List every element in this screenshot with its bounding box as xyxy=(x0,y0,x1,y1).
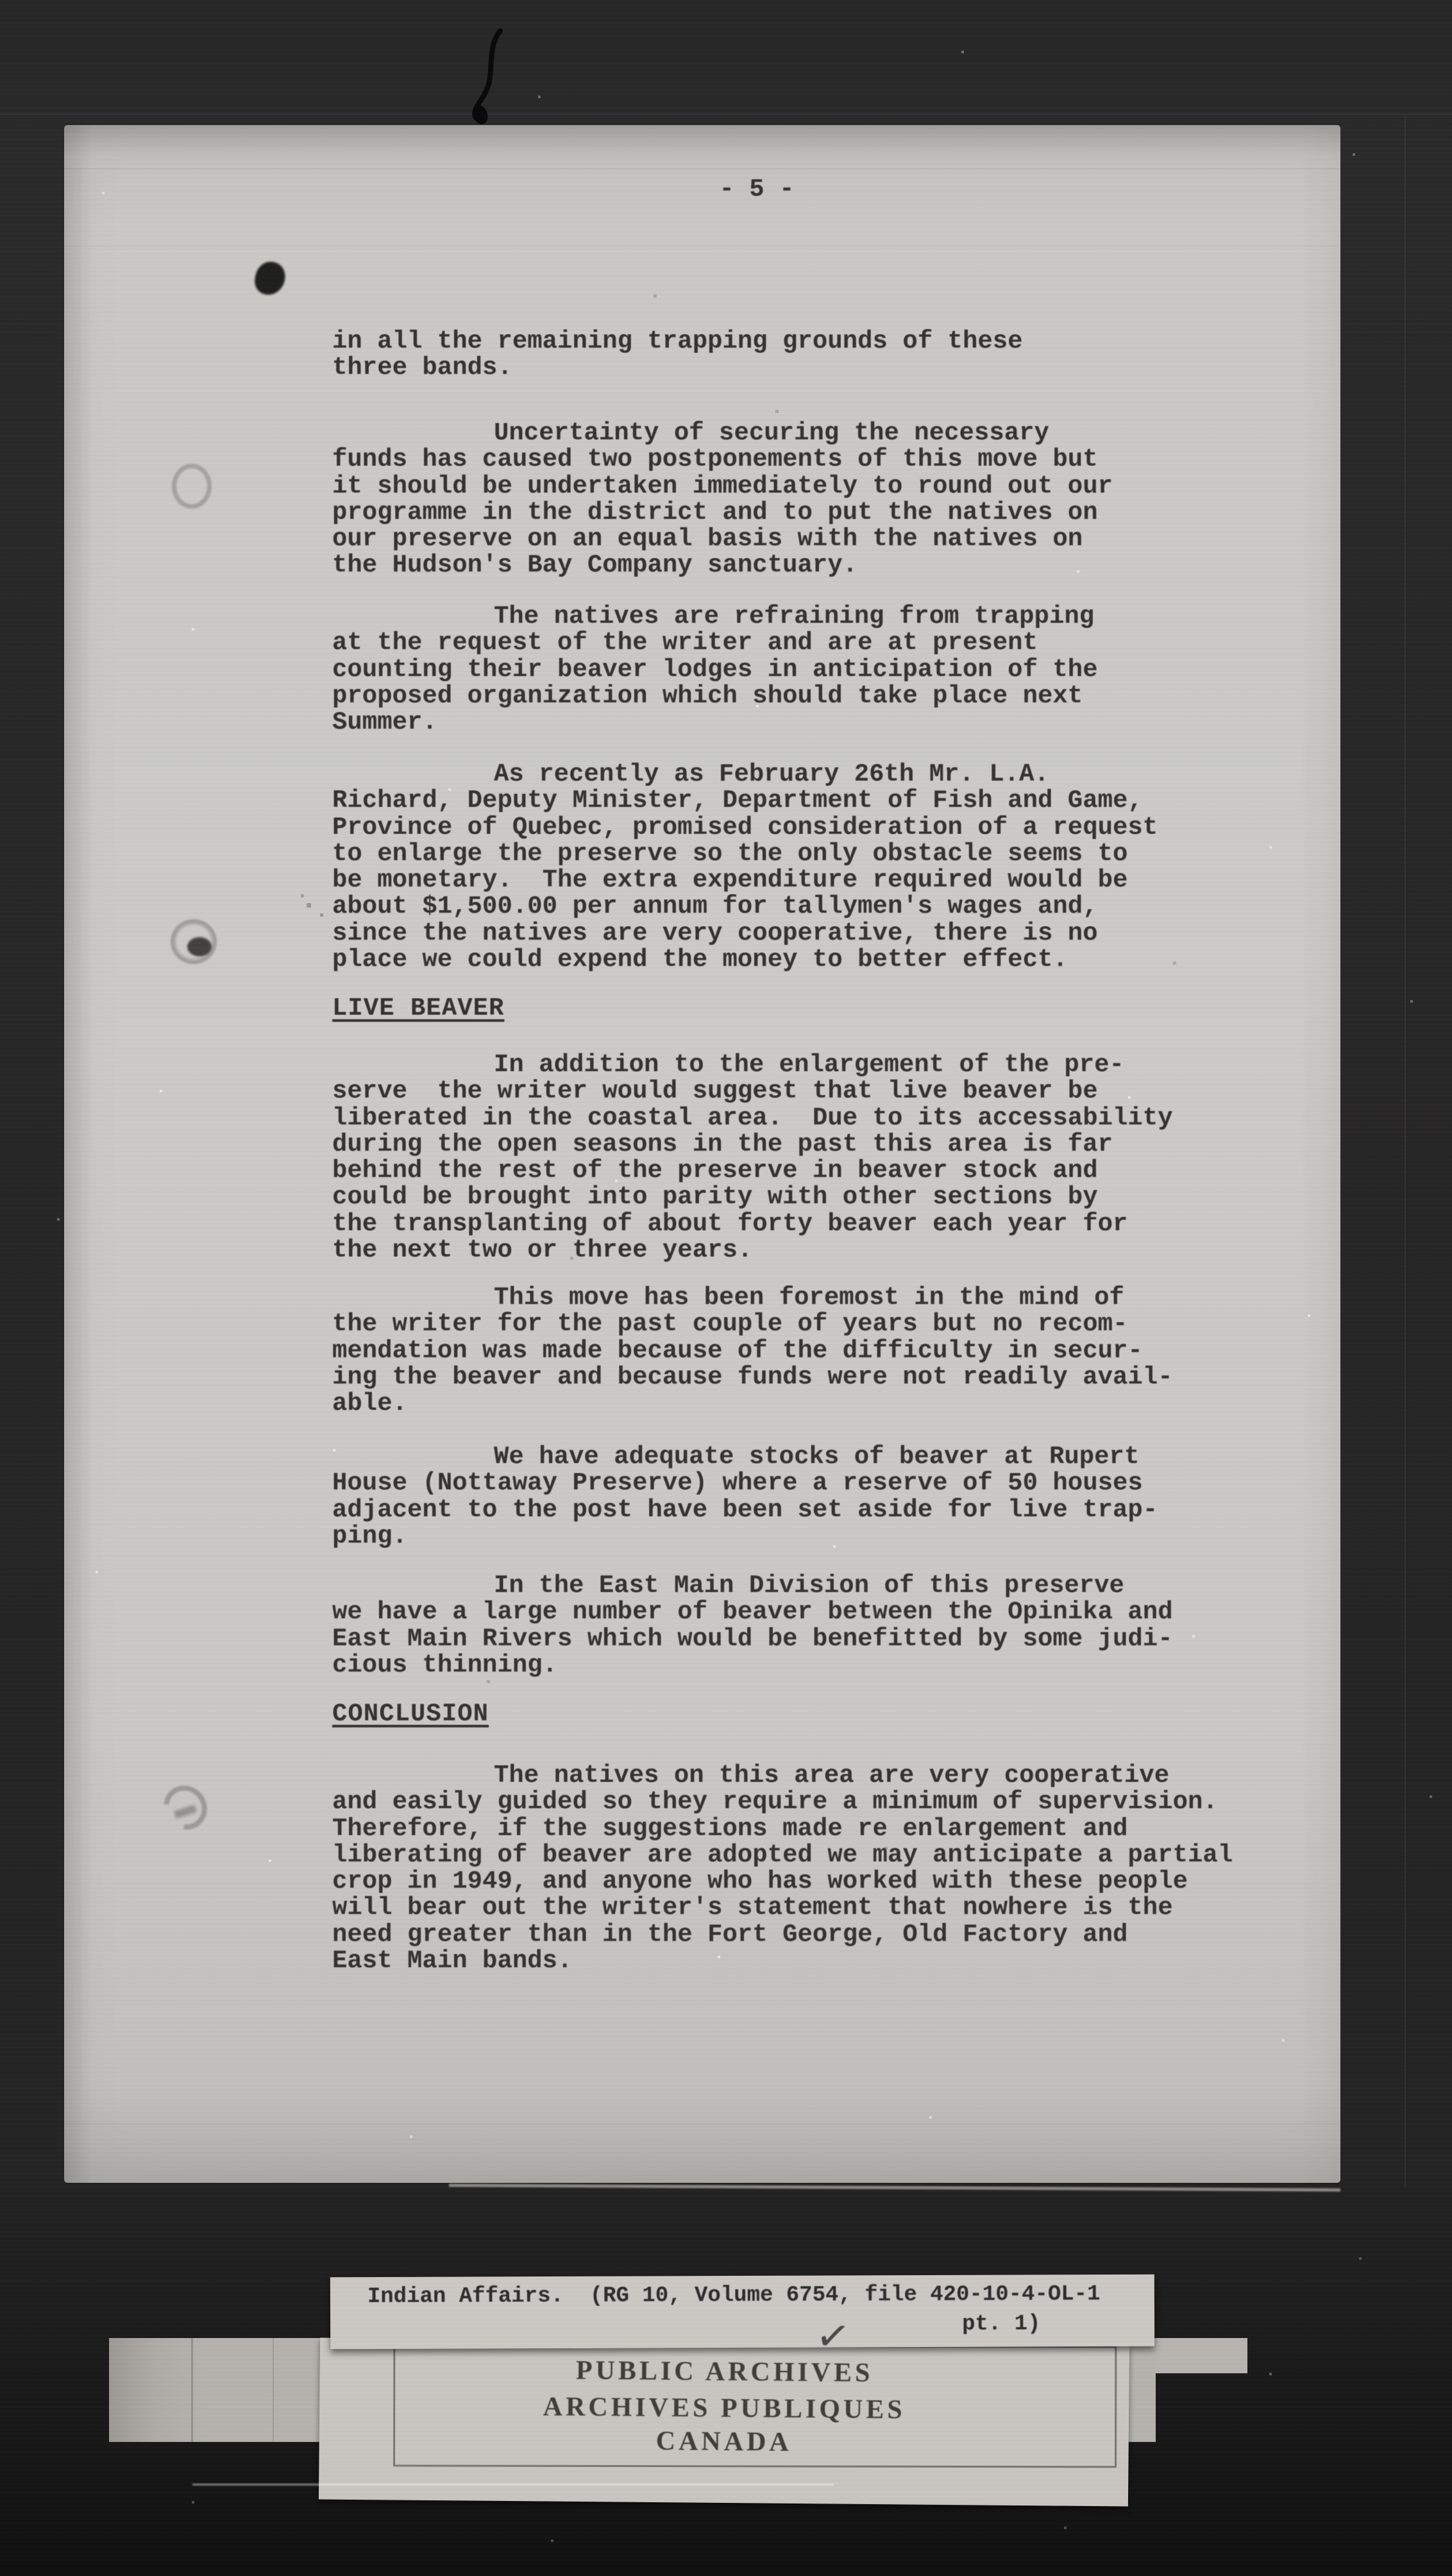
document-page: - 5 - in all the remaining trapping grou… xyxy=(64,125,1340,2183)
page-number: - 5 - xyxy=(693,176,821,203)
archive-reference-label: Indian Affairs. (RG 10, Volume 6754, fil… xyxy=(330,2275,1154,2349)
film-seam-line xyxy=(0,114,1452,115)
scan-artifact-line xyxy=(64,168,1340,169)
paragraph-funding: Uncertainty of securing the necessary fu… xyxy=(332,420,1313,579)
paragraph-continuation: in all the remaining trapping grounds of… xyxy=(332,328,1313,382)
page-edge-streak xyxy=(449,2183,1340,2191)
microfilm-frame: - 5 - in all the remaining trapping grou… xyxy=(0,0,1452,2576)
archive-reference-part: pt. 1) xyxy=(962,2312,1041,2336)
hole-punch-ring xyxy=(171,919,217,964)
stamp-paper: PUBLIC ARCHIVES ARCHIVES PUBLIQUES CANAD… xyxy=(319,2337,1129,2506)
smudge-ring xyxy=(155,1777,215,1838)
archive-reference-text: Indian Affairs. (RG 10, Volume 6754, fil… xyxy=(367,2282,1101,2309)
hole-punch-ring xyxy=(172,464,212,509)
dust-specks-dark xyxy=(0,0,2,2)
section-heading-live-beaver: LIVE BEAVER xyxy=(332,996,909,1022)
ink-blot xyxy=(251,258,288,298)
paragraph-rupert-house: We have adequate stocks of beaver at Rup… xyxy=(332,1444,1313,1550)
film-edge-seam xyxy=(1405,115,1406,2187)
paragraph-east-main-division: In the East Main Division of this preser… xyxy=(332,1573,1313,1679)
scan-artifact-line xyxy=(64,2123,1340,2124)
paragraph-quebec-request: As recently as February 26th Mr. L.A. Ri… xyxy=(332,761,1313,973)
ink-squiggle-mark xyxy=(463,27,527,126)
paragraph-foremost-move: This move has been foremost in the mind … xyxy=(332,1285,1313,1417)
scan-artifact-line xyxy=(64,246,1340,247)
paragraph-liberation-suggestion: In addition to the enlargement of the pr… xyxy=(332,1052,1313,1264)
section-heading-conclusion: CONCLUSION xyxy=(332,1701,909,1727)
checkmark-icon: ✓ xyxy=(813,2311,853,2363)
paragraph-conclusion: The natives on this area are very cooper… xyxy=(332,1763,1313,1974)
paragraph-natives-refraining: The natives are refraining from trapping… xyxy=(332,604,1313,736)
film-scratch xyxy=(192,2484,834,2486)
